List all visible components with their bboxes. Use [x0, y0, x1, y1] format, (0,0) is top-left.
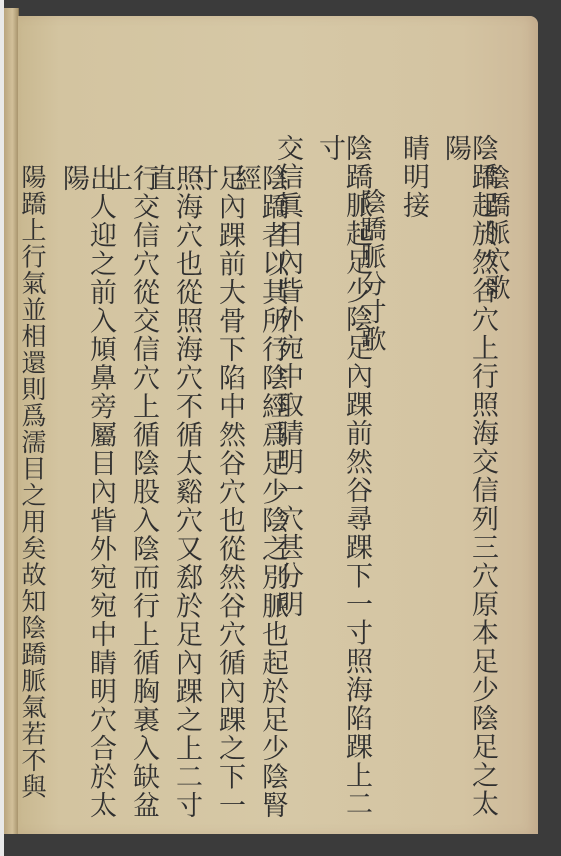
document-page: 陰蹻脈穴歌 陰蹻起於然谷穴上行照海交信列三穴原本足少陰足之太陽 睛明接 陰蹻脈分… [18, 16, 538, 834]
text-column-3: 陰蹻脈起足少陰足內踝前然谷尋踝下一寸照海陷踝上二寸 [316, 134, 370, 834]
text-column-2: 睛明接 [400, 134, 427, 220]
book-spine [4, 8, 19, 834]
text-column-9: 出人迎之前入頄鼻旁屬目內眥外宛宛中睛明穴合於太陽 [60, 164, 114, 834]
text-column-1: 陰蹻起於然谷穴上行照海交信列三穴原本足少陰足之太陽 [442, 134, 496, 834]
text-columns: 陰蹻脈穴歌 陰蹻起於然谷穴上行照海交信列三穴原本足少陰足之太陽 睛明接 陰蹻脈分… [18, 16, 538, 834]
text-column-10: 陽蹻上行氣並相還則爲濡目之用矣故知陰蹻脈氣若不與 [20, 164, 45, 800]
